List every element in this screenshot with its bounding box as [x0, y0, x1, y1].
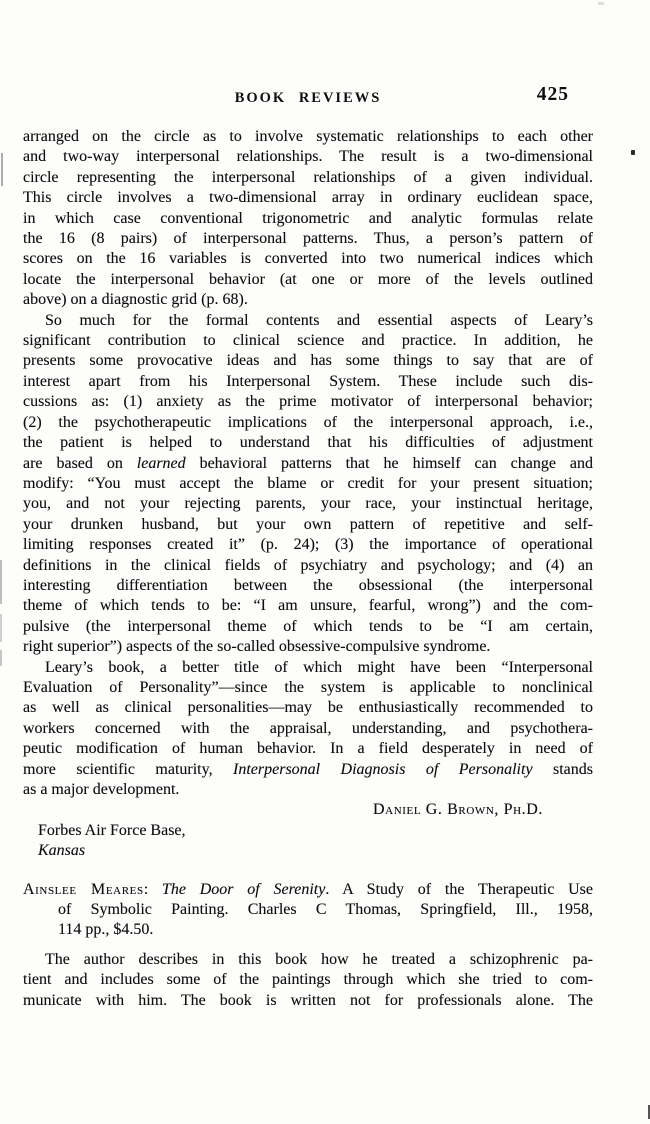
text-line: cussions as: (1) anxiety as the prime mo… — [23, 392, 593, 412]
text-line: arranged on the circle as to involve sys… — [23, 127, 593, 147]
scan-speck — [598, 2, 604, 5]
text-line: So much for the formal contents and esse… — [23, 311, 593, 331]
leary-review-paragraph-2: So much for the formal contents and esse… — [23, 311, 593, 658]
text-line: tient and includes some of the paintings… — [23, 970, 593, 990]
text-line: the 16 (8 pairs) of interpersonal patter… — [23, 229, 593, 249]
text-line: your drunken husband, but your own patte… — [23, 515, 593, 535]
scan-edge-streak — [0, 614, 2, 642]
page-number: 425 — [537, 84, 569, 106]
running-header: BOOK REVIEWS 425 — [23, 88, 593, 110]
text-line: modify: “You must accept the blame or cr… — [23, 474, 593, 494]
text-line: Ainslee Meares: The Door of Serenity. A … — [23, 880, 593, 900]
text-column-body: arranged on the circle as to involve sys… — [23, 127, 593, 1011]
text-line: scores on the 16 variables is converted … — [23, 249, 593, 269]
text-line: (2) the psychotherapeutic implications o… — [23, 413, 593, 433]
text-line: of Symbolic Painting. Charles C Thomas, … — [23, 900, 593, 920]
text-line: This circle involves a two-dimensional a… — [23, 188, 593, 208]
text-line: Evaluation of Personality”—since the sys… — [23, 678, 593, 698]
text-line: more scientific maturity, Interpersonal … — [23, 760, 593, 780]
text-line: the patient is helped to understand that… — [23, 433, 593, 453]
signature-line: Daniel G. Brown, Ph.D. — [23, 800, 593, 820]
text-line: presents some provocative ideas and has … — [23, 351, 593, 371]
text-line: peutic modification of human behavior. I… — [23, 739, 593, 759]
text-line: right superior”) aspects of the so-calle… — [23, 637, 593, 657]
reviewer-signature: Daniel G. Brown, Ph.D. — [23, 800, 593, 820]
reviewer-affiliation: Forbes Air Force Base,Kansas — [38, 821, 593, 862]
text-line: circle representing the interpersonal re… — [23, 168, 593, 188]
text-line: Forbes Air Force Base, — [38, 821, 593, 841]
scan-edge-streak — [0, 650, 2, 666]
scan-speck — [631, 150, 635, 155]
leary-review-paragraph-3: Leary’s book, a better title of which mi… — [23, 658, 593, 801]
text-line: in which case conventional trigonometric… — [23, 209, 593, 229]
text-line: are based on learned behavioral patterns… — [23, 454, 593, 474]
text-line: pulsive (the interpersonal theme of whic… — [23, 617, 593, 637]
text-line: above) on a diagnostic grid (p. 68). — [23, 290, 593, 310]
scan-edge-streak — [0, 560, 2, 604]
text-line: you, and not your rejecting parents, you… — [23, 494, 593, 514]
meares-review-citation: Ainslee Meares: The Door of Serenity. A … — [23, 880, 593, 941]
text-line: definitions in the clinical fields of ps… — [23, 556, 593, 576]
text-line: limiting responses created it” (p. 24); … — [23, 535, 593, 555]
text-line: theme of which tends to be: “I am unsure… — [23, 596, 593, 616]
text-line: as well as clinical personalities—may be… — [23, 698, 593, 718]
text-line: locate the interpersonal behavior (at on… — [23, 270, 593, 290]
text-line: Leary’s book, a better title of which mi… — [23, 658, 593, 678]
text-line: interest apart from his Interpersonal Sy… — [23, 372, 593, 392]
scan-edge-streak — [1, 153, 3, 186]
meares-review-paragraph-1: The author describes in this book how he… — [23, 950, 593, 1011]
running-title: BOOK REVIEWS — [23, 88, 593, 108]
text-line: and two-way interpersonal relationships.… — [23, 147, 593, 167]
text-line: municate with him. The book is written n… — [23, 991, 593, 1011]
text-line: 114 pp., $4.50. — [23, 920, 593, 940]
text-line: The author describes in this book how he… — [23, 950, 593, 970]
text-line: Kansas — [38, 841, 593, 861]
text-line: as a major development. — [23, 780, 593, 800]
text-line: interesting differentiation between the … — [23, 576, 593, 596]
text-line: significant contribution to clinical sci… — [23, 331, 593, 351]
text-line: workers concerned with the appraisal, un… — [23, 719, 593, 739]
scanned-book-page: BOOK REVIEWS 425 arranged on the circle … — [0, 0, 650, 1124]
leary-review-paragraph-1: arranged on the circle as to involve sys… — [23, 127, 593, 311]
